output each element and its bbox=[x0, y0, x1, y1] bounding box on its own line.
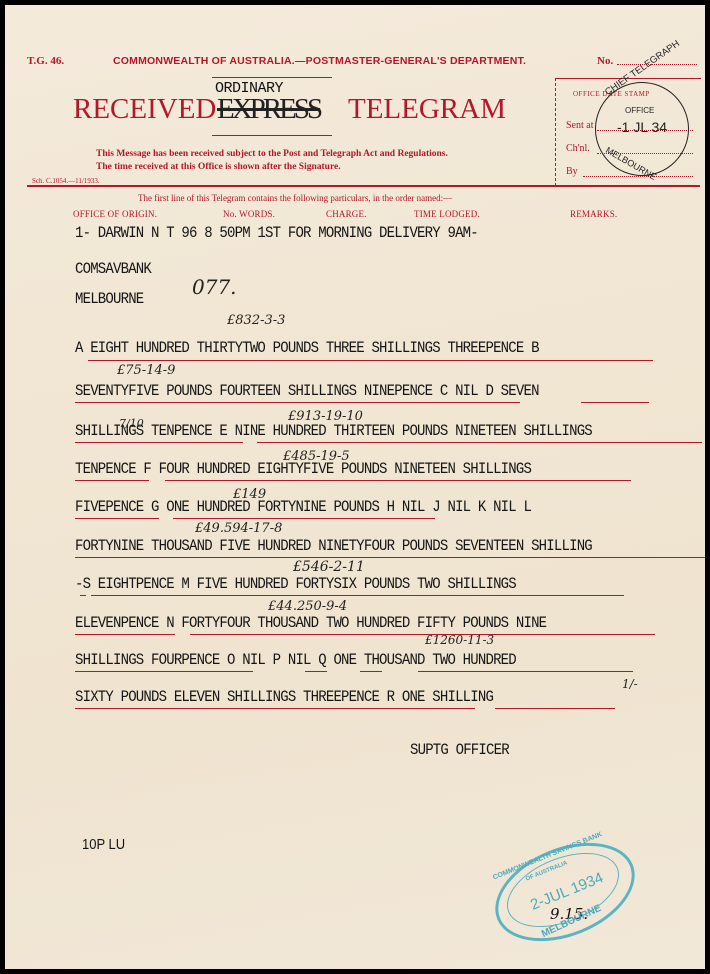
message-line: FIVEPENCE G ONE HUNDRED FORTYNINE POUNDS… bbox=[75, 499, 531, 517]
sent-at-label: Sent at bbox=[566, 120, 594, 131]
annotation-b: £75-14-9 bbox=[117, 363, 175, 378]
schedule-code: Sch. C.1054.—11/1933. bbox=[32, 177, 100, 185]
postmark-date: -1 JL 34 bbox=[617, 119, 667, 135]
underline bbox=[257, 442, 702, 443]
time-received: 10P LU bbox=[82, 836, 125, 853]
underline bbox=[75, 708, 475, 709]
underline bbox=[75, 518, 159, 519]
message-line: SEVENTYFIVE POUNDS FOURTEEN SHILLINGS NI… bbox=[75, 383, 539, 401]
annotation-q: £1260-11-3 bbox=[425, 633, 494, 647]
number-label: No. bbox=[597, 55, 613, 67]
department-heading: COMMONWEALTH OF AUSTRALIA.—POSTMASTER-GE… bbox=[113, 55, 526, 67]
message-line: SHILLINGS TENPENCE E NINE HUNDRED THIRTE… bbox=[75, 423, 592, 441]
underline bbox=[75, 480, 149, 481]
message-line: A EIGHT HUNDRED THIRTYTWO POUNDS THREE S… bbox=[75, 340, 539, 358]
title-struck-class: EXPRESS bbox=[217, 93, 320, 126]
annotation-n: £44.250-9-4 bbox=[268, 599, 347, 614]
message-line: ELEVENPENCE N FORTYFOUR THOUSAND TWO HUN… bbox=[75, 615, 546, 633]
channel-label: Ch'nl. bbox=[566, 143, 590, 154]
underline bbox=[88, 360, 653, 361]
form-code: T.G. 46. bbox=[27, 55, 64, 67]
underline bbox=[91, 595, 624, 596]
underline bbox=[75, 557, 705, 558]
message-line: -S EIGHTPENCE M FIVE HUNDRED FORTYSIX PO… bbox=[75, 576, 516, 594]
col-time-lodged: TIME LODGED. bbox=[414, 209, 480, 219]
annotation-l: £49.594-17-8 bbox=[195, 521, 282, 536]
struck-text: EXPRESS bbox=[217, 93, 320, 125]
by-field bbox=[583, 176, 693, 177]
first-line-note: The first line of this Telegram contains… bbox=[138, 193, 452, 203]
by-label: By bbox=[566, 166, 578, 177]
underline bbox=[173, 518, 435, 519]
title-rule-bottom bbox=[212, 135, 332, 136]
underline bbox=[360, 671, 382, 672]
title-telegram: TELEGRAM bbox=[348, 93, 506, 126]
underline bbox=[75, 402, 520, 403]
addressee: COMSAVBANK bbox=[75, 261, 151, 279]
handwritten-reference: 077. bbox=[192, 275, 237, 299]
signature: SUPTG OFFICER bbox=[410, 742, 509, 760]
message-line: SIXTY POUNDS ELEVEN SHILLINGS THREEPENCE… bbox=[75, 689, 493, 707]
annotation-m: £546-2-11 bbox=[293, 559, 365, 575]
col-office-of-origin: OFFICE OF ORIGIN. bbox=[73, 209, 157, 219]
message-line: TENPENCE F FOUR HUNDRED EIGHTYFIVE POUND… bbox=[75, 461, 531, 479]
title-rule-top bbox=[212, 77, 332, 78]
notice: This Message has been received subject t… bbox=[96, 148, 448, 174]
underline bbox=[80, 595, 86, 596]
notice-line-2: The time received at this Office is show… bbox=[96, 161, 448, 174]
annotation-e: £913-19-10 bbox=[288, 409, 363, 424]
underline bbox=[165, 480, 631, 481]
col-remarks: REMARKS. bbox=[570, 209, 617, 219]
underline bbox=[190, 634, 655, 635]
header-rule bbox=[27, 185, 700, 187]
message-line: SHILLINGS FOURPENCE O NIL P NIL Q ONE TH… bbox=[75, 652, 516, 670]
underline bbox=[75, 442, 243, 443]
message-line: FORTYNINE THOUSAND FIVE HUNDRED NINETYFO… bbox=[75, 538, 592, 556]
title-received: RECEIVED bbox=[73, 93, 216, 126]
col-charge: CHARGE. bbox=[326, 209, 367, 219]
postmark-office-text: OFFICE bbox=[625, 106, 654, 115]
annotation-r: 1/- bbox=[622, 677, 638, 691]
notice-line-1: This Message has been received subject t… bbox=[96, 148, 448, 161]
underline bbox=[581, 402, 649, 403]
underline bbox=[495, 708, 615, 709]
underline bbox=[75, 634, 175, 635]
annotation-a: £832-3-3 bbox=[227, 313, 285, 328]
underline bbox=[305, 671, 327, 672]
col-no-words: No. WORDS. bbox=[223, 209, 275, 219]
preamble-line: 1- DARWIN N T 96 8 50PM 1ST FOR MORNING … bbox=[75, 225, 478, 243]
telegram-form: T.G. 46. COMMONWEALTH OF AUSTRALIA.—POST… bbox=[5, 5, 705, 969]
underline bbox=[418, 671, 633, 672]
address-city: MELBOURNE bbox=[75, 291, 143, 309]
underline bbox=[75, 671, 253, 672]
